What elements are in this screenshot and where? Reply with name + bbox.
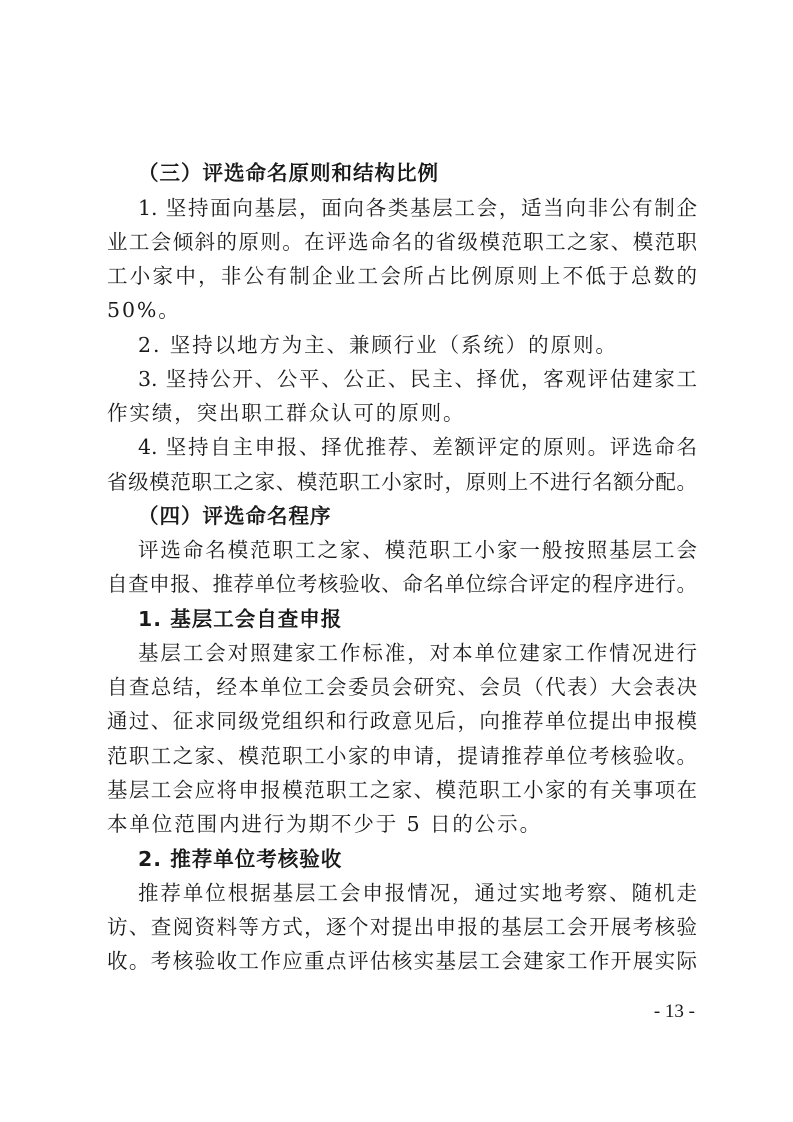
paragraph-line: 1. 坚持面向基层，面向各类基层工会，适当向非公有制企 xyxy=(138,195,697,221)
subheading-1: 1. 基层工会自查申报 xyxy=(138,606,697,632)
document-page: （三）评选命名原则和结构比例 1. 坚持面向基层，面向各类基层工会，适当向非公有… xyxy=(0,0,793,1122)
paragraph-line: 自查总结，经本单位工会委员会研究、会员（代表）大会表决 xyxy=(107,674,697,700)
section-heading-3: （三）评选命名原则和结构比例 xyxy=(138,160,697,186)
paragraph-line: 评选命名模范职工之家、模范职工小家一般按照基层工会 xyxy=(138,537,697,563)
paragraph-line: 范职工之家、模范职工小家的申请，提请推荐单位考核验收。 xyxy=(107,743,697,769)
paragraph-line: 省级模范职工之家、模范职工小家时，原则上不进行名额分配。 xyxy=(107,469,697,495)
paragraph-line: 4. 坚持自主申报、择优推荐、差额评定的原则。评选命名 xyxy=(138,434,697,460)
paragraph-line: 收。考核验收工作应重点评估核实基层工会建家工作开展实际 xyxy=(107,948,697,974)
paragraph-line: 工小家中，非公有制企业工会所占比例原则上不低于总数的 xyxy=(107,263,697,289)
paragraph-line: 50%。 xyxy=(107,297,697,323)
page-number: - 13 - xyxy=(654,1000,695,1024)
paragraph-line: 2. 坚持以地方为主、兼顾行业（系统）的原则。 xyxy=(138,332,697,358)
paragraph-line: 业工会倾斜的原则。在评选命名的省级模范职工之家、模范职 xyxy=(107,229,697,255)
section-heading-4: （四）评选命名程序 xyxy=(138,503,697,529)
paragraph-line: 作实绩，突出职工群众认可的原则。 xyxy=(107,400,697,426)
paragraph-line: 基层工会对照建家工作标准，对本单位建家工作情况进行 xyxy=(138,640,697,666)
paragraph-line: 通过、征求同级党组织和行政意见后，向推荐单位提出申报模 xyxy=(107,708,697,734)
paragraph-line: 自查申报、推荐单位考核验收、命名单位综合评定的程序进行。 xyxy=(107,571,697,597)
paragraph-line: 3. 坚持公开、公平、公正、民主、择优，客观评估建家工 xyxy=(138,366,697,392)
paragraph-line: 基层工会应将申报模范职工之家、模范职工小家的有关事项在 xyxy=(107,777,697,803)
paragraph-line: 本单位范围内进行为期不少于 5 日的公示。 xyxy=(107,811,697,837)
paragraph-line: 推荐单位根据基层工会申报情况，通过实地考察、随机走 xyxy=(138,880,697,906)
paragraph-line: 访、查阅资料等方式，逐个对提出申报的基层工会开展考核验 xyxy=(107,914,697,940)
subheading-2: 2. 推荐单位考核验收 xyxy=(138,846,697,872)
